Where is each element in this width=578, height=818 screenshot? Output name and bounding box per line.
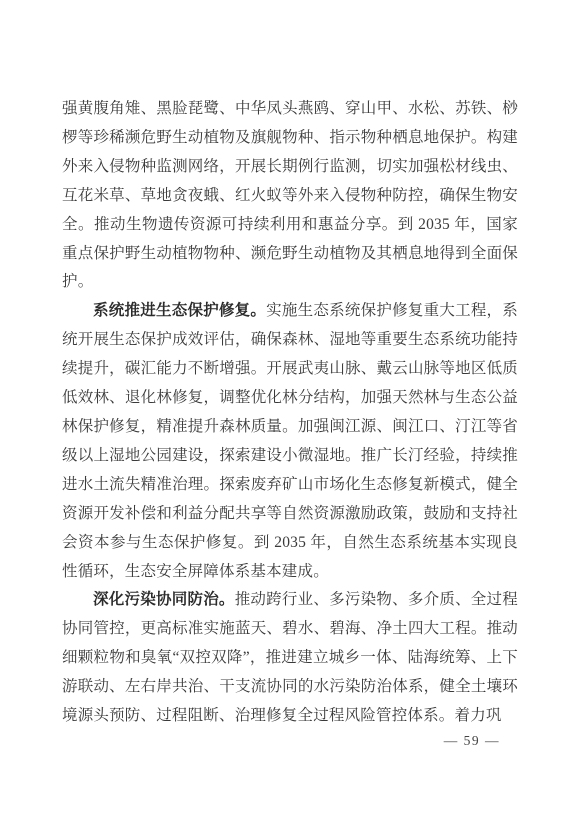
- document-body: 强黄腹角雉、黑脸琵鹭、中华凤头燕鸥、穿山甲、水松、苏铁、桫椤等珍稀濒危野生动植物…: [62, 95, 518, 731]
- paragraph: 深化污染协同防治。推动跨行业、多污染物、多介质、全过程协同管控，更高标准实施蓝天…: [62, 586, 518, 731]
- document-page: 强黄腹角雉、黑脸琵鹭、中华凤头燕鸥、穿山甲、水松、苏铁、桫椤等珍稀濒危野生动植物…: [0, 0, 578, 818]
- paragraph: 系统推进生态保护修复。实施生态系统保护修复重大工程，系统开展生态保护成效评估，确…: [62, 297, 518, 586]
- paragraph-container: 强黄腹角雉、黑脸琵鹭、中华凤头燕鸥、穿山甲、水松、苏铁、桫椤等珍稀濒危野生动植物…: [62, 95, 518, 731]
- paragraph-text: 实施生态系统保护修复重大工程，系统开展生态保护成效评估，确保森林、湿地等重要生态…: [62, 302, 518, 579]
- paragraph-text: 强黄腹角雉、黑脸琵鹭、中华凤头燕鸥、穿山甲、水松、苏铁、桫椤等珍稀濒危野生动植物…: [62, 100, 518, 290]
- page-number: — 59 —: [444, 733, 500, 749]
- paragraph-lead: 系统推进生态保护修复。: [93, 302, 266, 319]
- paragraph-lead: 深化污染协同防治。: [93, 591, 235, 608]
- paragraph-text: 推动跨行业、多污染物、多介质、全过程协同管控，更高标准实施蓝天、碧水、碧海、净土…: [62, 591, 518, 724]
- paragraph: 强黄腹角雉、黑脸琵鹭、中华凤头燕鸥、穿山甲、水松、苏铁、桫椤等珍稀濒危野生动植物…: [62, 95, 518, 297]
